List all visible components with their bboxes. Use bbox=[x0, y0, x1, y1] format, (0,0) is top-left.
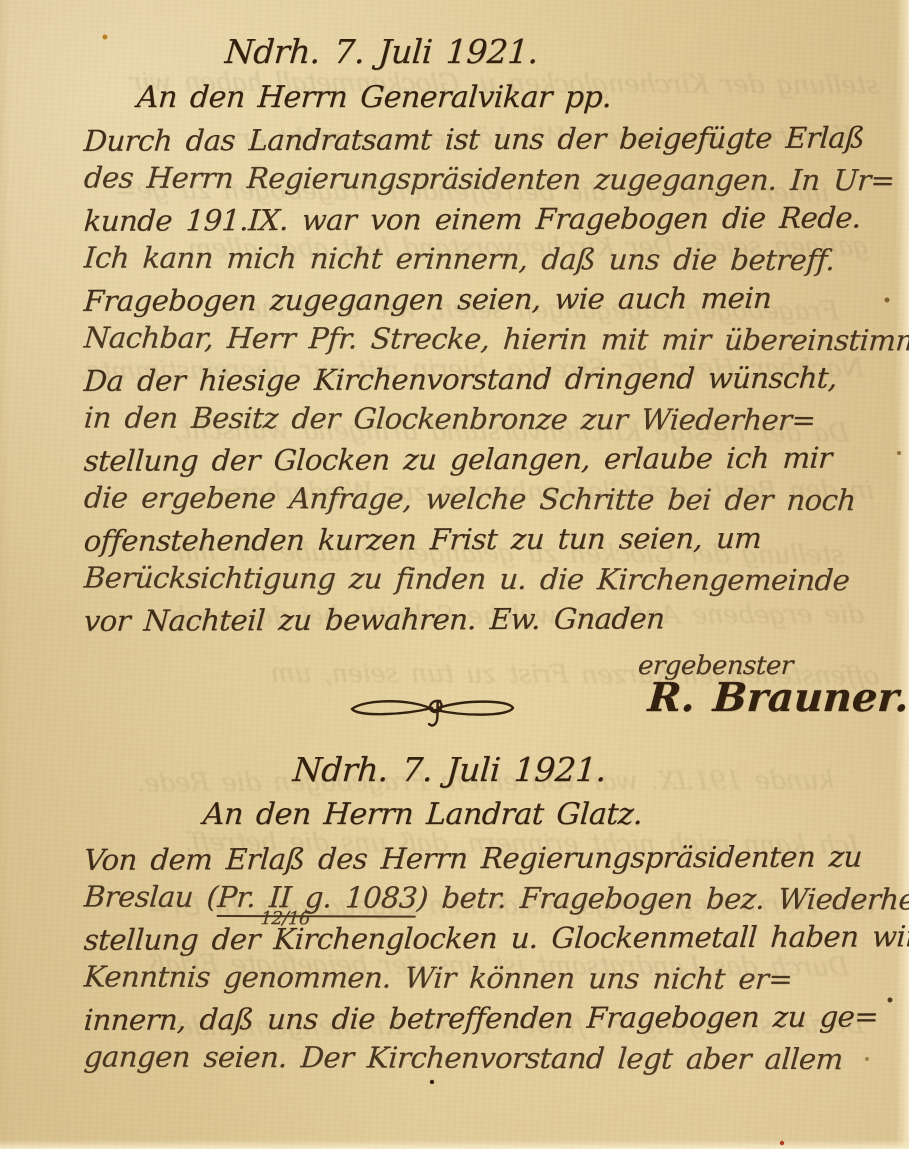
signature: R. Brauner. bbox=[646, 674, 909, 721]
handwriting-line: Nachbar, Herr Pfr. Strecke, hierin mit m… bbox=[83, 317, 909, 360]
handwriting-line: Fragebogen zugegangen seien, wie auch me… bbox=[83, 277, 909, 321]
handwriting-line: Ich kann mich nicht erinnern, daß uns di… bbox=[83, 237, 909, 280]
handwriting-line: stellung der Glocken zu gelangen, erlaub… bbox=[83, 437, 909, 481]
handwriting-line: Da der hiesige Kirchenvorstand dringend … bbox=[83, 357, 909, 401]
letter-body: Durch das Landratsamt ist uns der beigef… bbox=[84, 119, 909, 639]
handwriting-line: Berücksichtigung zu finden u. die Kirche… bbox=[83, 557, 909, 600]
paper-specks bbox=[0, 0, 2, 2]
salutation: An den Herrn Generalvikar pp. bbox=[136, 80, 613, 115]
handwriting-line: gangen seien. Der Kirchenvorstand legt a… bbox=[83, 1036, 909, 1079]
letter-page-scan: stellung der Kirchenglocken u. Glockenme… bbox=[0, 0, 909, 1149]
handwriting-line: offenstehenden kurzen Frist zu tun seien… bbox=[83, 517, 909, 561]
handwriting-line: vor Nachteil zu bewahren. Ew. Gnaden bbox=[83, 597, 909, 641]
handwriting-line: innern, daß uns die betreffenden Fragebo… bbox=[83, 996, 909, 1040]
handwriting-line: Kenntnis genommen. Wir können uns nicht … bbox=[83, 956, 909, 999]
reference-suffix: ) betr. Fragebogen bez. Wiederher= bbox=[416, 881, 909, 917]
handwriting-line: des Herrn Regierungspräsidenten zugegang… bbox=[83, 157, 909, 200]
letter-body: Von dem Erlaß des Herrn Regierungspräsid… bbox=[84, 838, 909, 1078]
handwriting-line: kunde 191.IX. war von einem Fragebogen d… bbox=[83, 197, 909, 241]
reference-prefix: Breslau ( bbox=[83, 879, 219, 913]
reference-line: Breslau (Pr. II g. 1083) betr. Frageboge… bbox=[83, 876, 909, 919]
dateline: Ndrh. 7. Juli 1921. bbox=[292, 750, 608, 789]
reference-number: Pr. II g. 1083 bbox=[216, 880, 418, 918]
handwriting-line: stellung der Kirchenglocken u. Glockenme… bbox=[83, 916, 909, 960]
handwriting-line: in den Besitz der Glockenbronze zur Wied… bbox=[83, 397, 909, 440]
handwriting-line: die ergebene Anfrage, welche Schritte be… bbox=[83, 477, 909, 520]
flourish-divider bbox=[342, 688, 522, 736]
handwriting-line: Durch das Landratsamt ist uns der beigef… bbox=[83, 117, 909, 161]
salutation: An den Herrn Landrat Glatz. bbox=[202, 797, 644, 832]
dateline: Ndrh. 7. Juli 1921. bbox=[224, 32, 540, 71]
handwriting-line: Von dem Erlaß des Herrn Regierungspräsid… bbox=[83, 836, 909, 880]
